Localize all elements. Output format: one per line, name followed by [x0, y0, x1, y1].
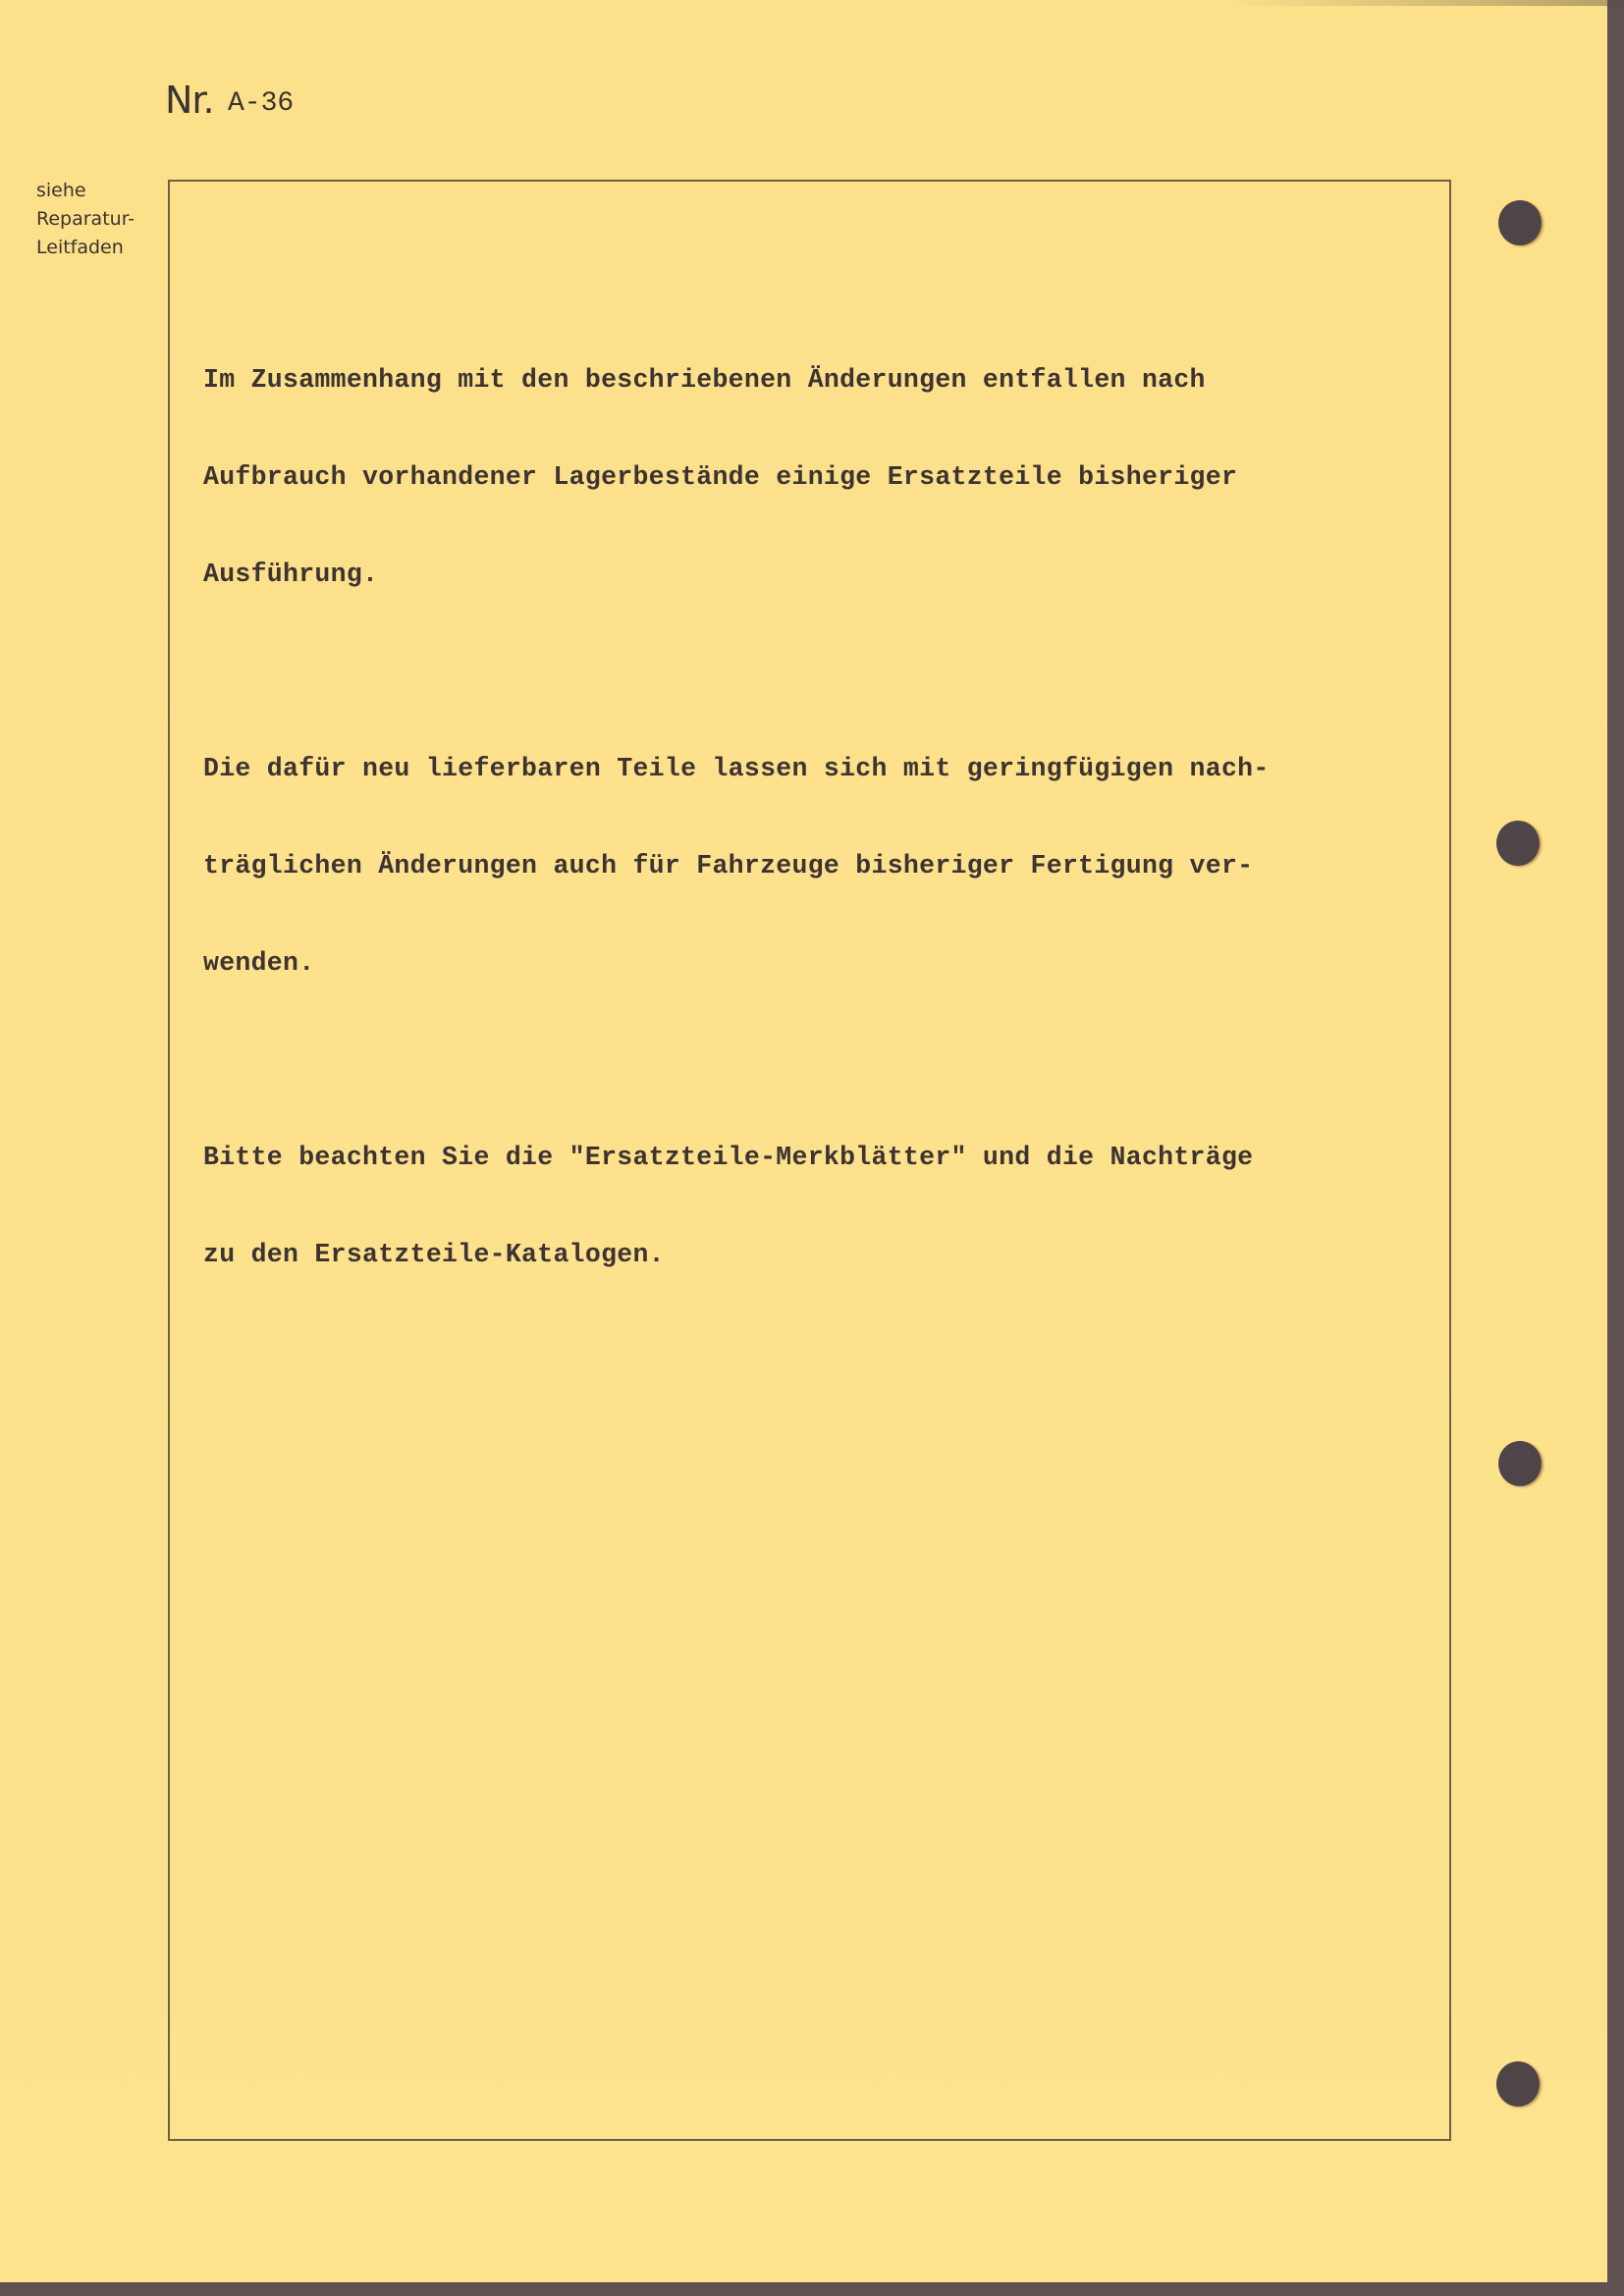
punch-hole-icon — [1496, 2061, 1540, 2107]
text-line: zu den Ersatzteile-Katalogen. — [203, 1239, 1401, 1271]
document-number-label: Nr. — [165, 79, 214, 122]
page-edge-shadow — [1227, 0, 1620, 6]
text-line: wenden. — [203, 947, 1401, 980]
punch-hole-icon — [1496, 821, 1540, 866]
text-line: Die dafür neu lieferbaren Teile lassen s… — [203, 753, 1401, 785]
text-line: Ausführung. — [203, 559, 1401, 591]
side-note: siehe Reparatur- Leitfaden — [36, 177, 135, 262]
text-line: Aufbrauch vorhandener Lagerbestände eini… — [203, 461, 1401, 494]
side-note-line: siehe — [36, 177, 135, 205]
text-line: träglichen Änderungen auch für Fahrzeuge… — [203, 850, 1401, 882]
paragraph: Im Zusammenhang mit den beschriebenen Än… — [203, 299, 1401, 656]
punch-hole-icon — [1498, 1441, 1542, 1486]
text-line: Im Zusammenhang mit den beschriebenen Än… — [203, 364, 1401, 397]
document-page: Nr. A-36 siehe Reparatur- Leitfaden Im Z… — [0, 0, 1607, 2282]
paragraph: Bitte beachten Sie die "Ersatzteile-Merk… — [203, 1077, 1401, 1336]
text-line: Bitte beachten Sie die "Ersatzteile-Merk… — [203, 1142, 1401, 1174]
punch-hole-icon — [1498, 200, 1542, 245]
paragraph: Die dafür neu lieferbaren Teile lassen s… — [203, 688, 1401, 1044]
body-text: Im Zusammenhang mit den beschriebenen Än… — [203, 299, 1401, 1368]
document-number: A-36 — [228, 88, 294, 119]
side-note-line: Leitfaden — [36, 234, 135, 262]
side-note-line: Reparatur- — [36, 205, 135, 234]
